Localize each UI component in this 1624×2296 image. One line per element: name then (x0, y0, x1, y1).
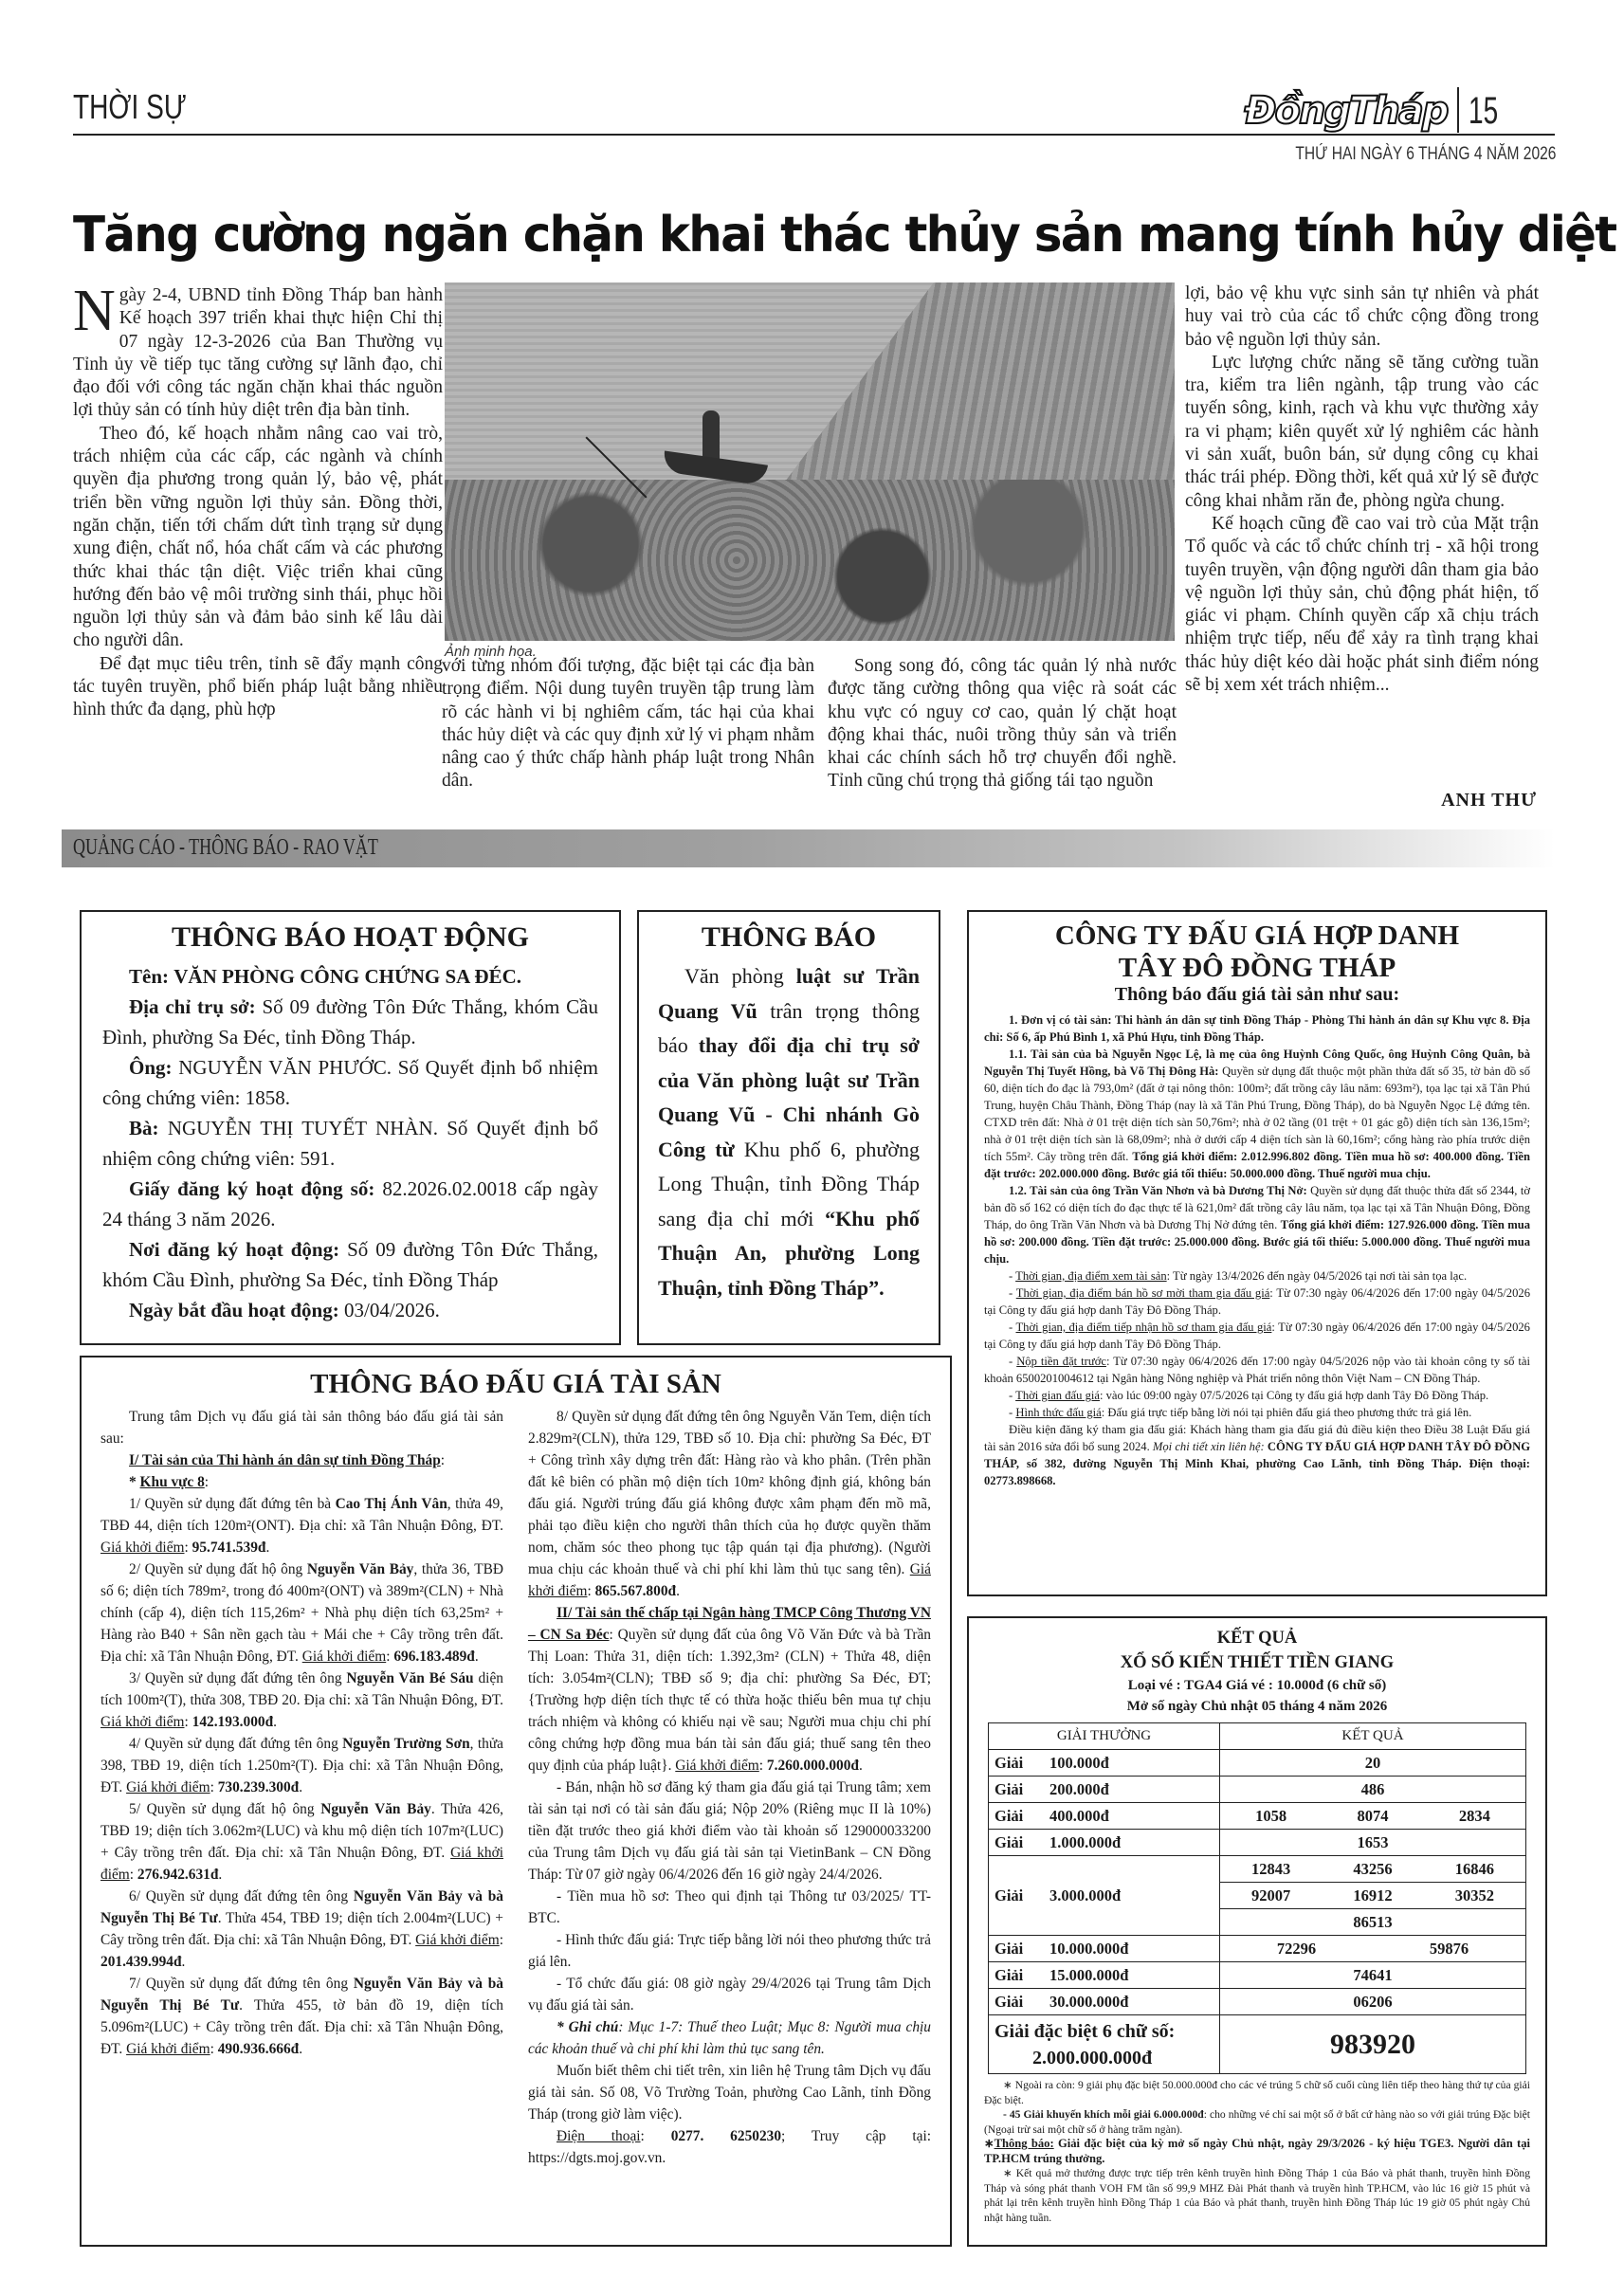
note-consolation: - 45 Giải khuyến khích mỗi giải 6.000.00… (984, 2107, 1530, 2137)
table-row: Giải400.000đ105880742834 (989, 1803, 1526, 1830)
article-paragraph: Theo đó, kế hoạch nhằm nâng cao vai trò,… (73, 423, 443, 653)
col-header-result: KẾT QUẢ (1220, 1723, 1526, 1750)
article-column-3: Song song đó, công tác quản lý nhà nước … (828, 655, 1177, 793)
table-row: Giải100.000đ20 (989, 1750, 1526, 1777)
ads-section-band: QUẢNG CÁO - THÔNG BÁO - RAO VẶT (62, 829, 1555, 867)
photo-vegetation (445, 480, 1175, 641)
label: Bà: (129, 1117, 159, 1139)
section-label: THỜI SỰ (73, 87, 187, 127)
header-rule (73, 134, 1555, 136)
article-paragraph: gày 2-4, UBND tỉnh Đồng Tháp ban hành Kế… (73, 285, 443, 420)
photo-fisherman (703, 410, 720, 463)
article-paragraph: Kế hoạch cũng đề cao vai trò của Mặt trậ… (1185, 513, 1539, 697)
note-extra-prizes: ∗ Ngoài ra còn: 9 giải phụ đặc biệt 50.0… (984, 2078, 1530, 2107)
label: Nơi đăng ký hoạt động: (129, 1238, 339, 1261)
label: Thời gian đấu giá (1015, 1389, 1100, 1402)
label: Giấy đăng ký hoạt động số: (129, 1177, 374, 1200)
note: * Ghi chú: Mục 1-7: Thuế theo Luật; Mục … (528, 2016, 931, 2060)
label: Thời gian, địa điểm bán hồ sơ mời tham g… (1016, 1286, 1270, 1300)
lottery-results: KẾT QUẢ XỔ SỐ KIẾN THIẾT TIỀN GIANG Loại… (967, 1616, 1547, 2247)
phone-line: Điện thoại: 0277. 6250230; Truy cập tại:… (528, 2125, 931, 2169)
section-2: II/ Tài sản thế chấp tại Ngân hàng TMCP … (528, 1602, 931, 1777)
bullet-dossier: - Bán, nhận hồ sơ đăng ký tham gia đấu g… (528, 1777, 931, 1886)
auction-column-right: 8/ Quyền sử dụng đất đứng tên ông Nguyễn… (528, 1406, 931, 2169)
text: Văn phòng (684, 964, 796, 988)
byline: ANH THƯ (1441, 790, 1537, 811)
notary-1: NGUYỄN VĂN PHƯỚC. Số Quyết định bổ nhiệm… (102, 1056, 598, 1109)
notice-title: THÔNG BÁO (658, 921, 920, 954)
col-header-prize: GIẢI THƯỞNG (989, 1723, 1220, 1750)
table-row: Giải200.000đ486 (989, 1777, 1526, 1803)
contact: Muốn biết thêm chi tiết trên, xin liên h… (528, 2060, 931, 2125)
masthead-divider (1457, 87, 1459, 133)
area-heading: Khu vực 8 (140, 1474, 205, 1490)
bullet-form: - Hình thức đấu giá: Trực tiếp bằng lời … (528, 1929, 931, 1973)
section-heading: I/ Tài sản của Thi hành án dân sự tỉnh Đ… (129, 1452, 441, 1468)
lottery-title: KẾT QUẢ (984, 1626, 1530, 1650)
table-row: Giải10.000.000đ7229659876 (989, 1936, 1526, 1962)
article-paragraph: lợi, bảo vệ khu vực sinh sản tự nhiên và… (1185, 282, 1539, 352)
label: Thời gian, địa điểm xem tài sản (1015, 1269, 1167, 1283)
table-row: Giải1.000.000đ1653 (989, 1830, 1526, 1856)
label: Hình thức đấu giá (1015, 1406, 1101, 1419)
law-office-notice: THÔNG BÁO Văn phòng luật sư Trần Quang V… (637, 910, 940, 1345)
broadcast-note: ∗ Kết quả mở thưởng được trực tiếp trên … (984, 2166, 1530, 2225)
notary-2: NGUYỄN THỊ TUYẾT NHÀN. Số Quyết định bổ … (102, 1117, 598, 1170)
label: Tên: (129, 965, 169, 988)
auction-column-left: Trung tâm Dịch vụ đấu giá tài sản thông … (100, 1406, 503, 2169)
lottery-name: XỔ SỐ KIẾN THIẾT TIỀN GIANG (984, 1650, 1530, 1675)
label: Ông: (129, 1056, 173, 1079)
asset-2-title: 1.2. Tài sản của ông Trần Văn Nhơn và bà… (1009, 1184, 1307, 1197)
article-column-4: lợi, bảo vệ khu vực sinh sản tự nhiên và… (1185, 282, 1539, 697)
page-number: 15 (1469, 90, 1498, 133)
start-date: 03/04/2026. (344, 1299, 440, 1321)
ads-section-label: QUẢNG CÁO - THÔNG BÁO - RAO VẶT (73, 835, 378, 861)
results-table: GIẢI THƯỞNGKẾT QUẢ Giải100.000đ20 Giải20… (988, 1722, 1526, 2074)
article-paragraph: với từng nhóm đối tượng, đặc biệt tại cá… (442, 655, 814, 793)
bullet-schedule: - Tổ chức đấu giá: 08 giờ ngày 29/4/2026… (528, 1973, 931, 2016)
article-headline: Tăng cường ngăn chặn khai thác thủy sản … (73, 207, 1493, 264)
auction-item: 2/ Quyền sử dụng đất hộ ông Nguyễn Văn B… (100, 1558, 503, 1667)
auction-item: 6/ Quyền sử dụng đất đứng tên ông Nguyễn… (100, 1886, 503, 1973)
asset-auction-notice: THÔNG BÁO ĐẤU GIÁ TÀI SẢN Trung tâm Dịch… (80, 1356, 952, 2247)
auction-time: : vào lúc 09:00 ngày 07/5/2026 tại Công … (1100, 1389, 1488, 1402)
label: Ngày bắt đầu hoạt động: (129, 1299, 339, 1321)
asset-owner: 1. Đơn vị có tài sản: Thi hành án dân sự… (984, 1013, 1530, 1044)
ticket-info: Loại vé : TGA4 Giá vé : 10.000đ (6 chữ s… (984, 1675, 1530, 1696)
label: Thời gian, địa điểm tiếp nhận hồ sơ tham… (1015, 1321, 1271, 1334)
draw-date: Mở số ngày Chủ nhật 05 tháng 4 năm 2026 (984, 1696, 1530, 1717)
label: Địa chỉ trụ sở: (129, 995, 256, 1018)
brand-logo: ĐồngTháp (1245, 89, 1448, 133)
special-number: 983920 (1220, 2015, 1526, 2074)
article-paragraph: Để đạt mục tiêu trên, tỉnh sẽ đẩy mạnh c… (73, 653, 443, 722)
auction-item: 5/ Quyền sử dụng đất hộ ông Nguyễn Văn B… (100, 1798, 503, 1886)
notice-subtitle: Thông báo đấu giá tài sản như sau: (984, 984, 1530, 1006)
viewing-time: : Từ ngày 13/4/2026 đến ngày 04/5/2026 t… (1167, 1269, 1468, 1283)
label: Nộp tiền đặt trước (1016, 1355, 1106, 1368)
article-column-2: với từng nhóm đối tượng, đặc biệt tại cá… (442, 655, 814, 793)
auction-item-8: 8/ Quyền sử dụng đất đứng tên ông Nguyễn… (528, 1406, 931, 1602)
notice-title: THÔNG BÁO ĐẤU GIÁ TÀI SẢN (100, 1369, 931, 1400)
winner-notice: ∗Thông báo: Giải đặc biệt của kỳ mở số n… (984, 2137, 1530, 2166)
article-column-1: Ngày 2-4, UBND tỉnh Đồng Tháp ban hành K… (73, 284, 443, 722)
article-paragraph: Song song đó, công tác quản lý nhà nước … (828, 655, 1177, 793)
notice-title: THÔNG BÁO HOẠT ĐỘNG (102, 921, 598, 954)
auction-item: 1/ Quyền sử dụng đất đứng tên bà Cao Thị… (100, 1493, 503, 1558)
table-row: Giải3.000.000đ128434325616846 (989, 1856, 1526, 1883)
article-paragraph: Lực lượng chức năng sẽ tăng cường tuần t… (1185, 352, 1539, 513)
dateline: THỨ HAI NGÀY 6 THÁNG 4 NĂM 2026 (1295, 144, 1556, 165)
auction-form: : Đấu giá trực tiếp bằng lời nói tại phi… (1102, 1406, 1472, 1419)
intro: Trung tâm Dịch vụ đấu giá tài sản thông … (100, 1406, 503, 1449)
office-name: VĂN PHÒNG CÔNG CHỨNG SA ĐÉC. (173, 965, 521, 988)
article-photo (445, 282, 1175, 641)
bullet-fee: - Tiền mua hồ sơ: Theo qui định tại Thôn… (528, 1886, 931, 1929)
taydo-auction-notice: CÔNG TY ĐẤU GIÁ HỢP DANH TÂY ĐÔ ĐỒNG THÁ… (967, 910, 1547, 1596)
auction-item: 3/ Quyền sử dụng đất đứng tên ông Nguyễn… (100, 1667, 503, 1733)
auction-item: 7/ Quyền sử dụng đất đứng tên ông Nguyễn… (100, 1973, 503, 2060)
contact-label: Mọi chi tiết xin liên hệ: (1153, 1440, 1268, 1453)
drop-cap: N (73, 286, 116, 336)
company-name-line2: TÂY ĐÔ ĐỒNG THÁP (984, 952, 1530, 984)
activity-notice: THÔNG BÁO HOẠT ĐỘNG Tên: VĂN PHÒNG CÔNG … (80, 910, 621, 1345)
table-row: Giải30.000.000đ06206 (989, 1989, 1526, 2015)
asset-1-body: Quyền sử dụng đất thuộc một phần thửa đấ… (984, 1065, 1530, 1163)
masthead: ĐồngTháp 15 (1245, 87, 1510, 133)
notice-body: Văn phòng luật sư Trần Quang Vũ trân trọ… (658, 959, 920, 1305)
special-prize-row: Giải đặc biệt 6 chữ số:2.000.000.000đ983… (989, 2015, 1526, 2074)
table-row: Giải15.000.000đ74641 (989, 1962, 1526, 1989)
auction-item: 4/ Quyền sử dụng đất đứng tên ông Nguyễn… (100, 1733, 503, 1798)
company-name-line1: CÔNG TY ĐẤU GIÁ HỢP DANH (984, 920, 1530, 952)
